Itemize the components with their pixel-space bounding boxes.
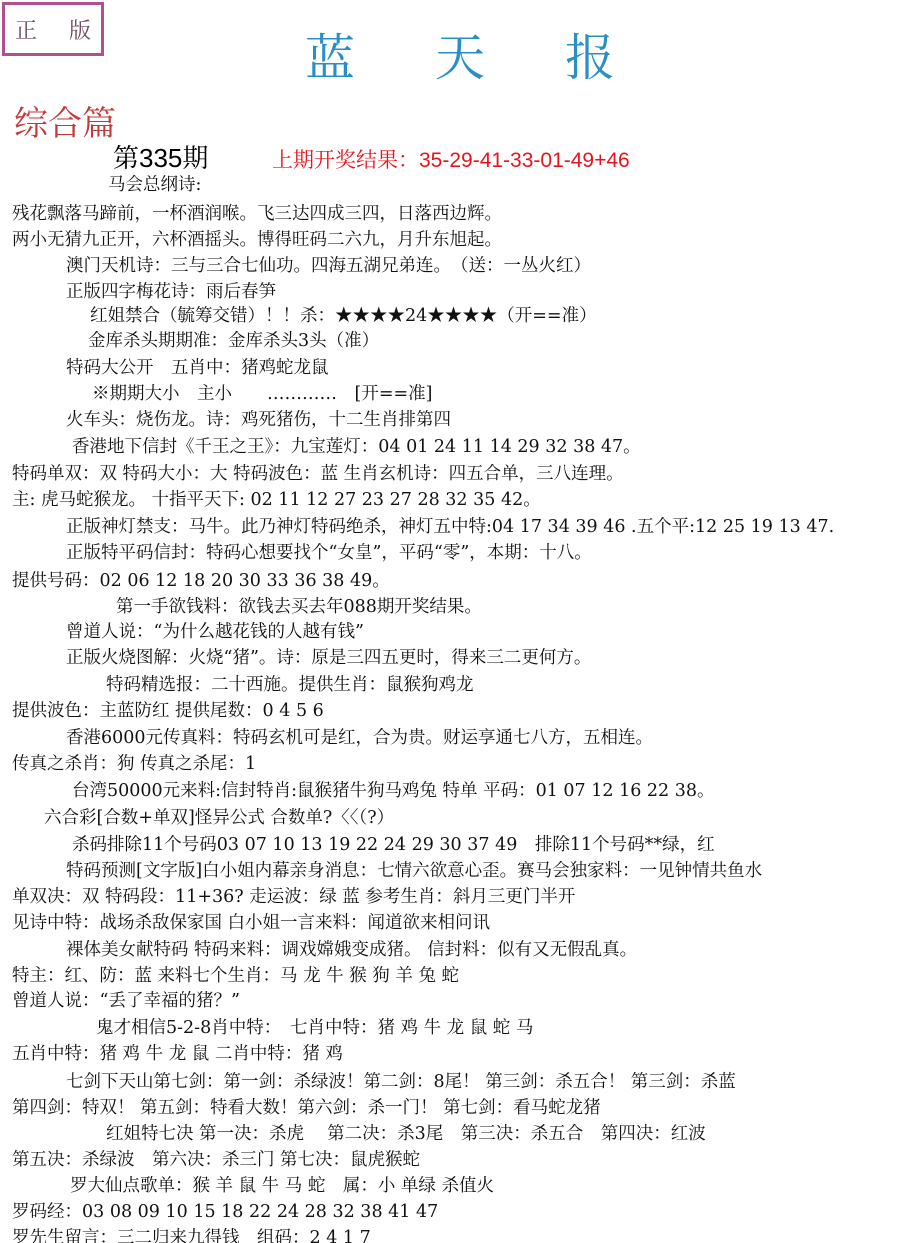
section-heading: 综合篇 — [14, 96, 116, 145]
text-line: 曾道人说：“丢了幸福的猪？” — [12, 991, 240, 1011]
text-line: 五肖中特：猪 鸡 牛 龙 鼠 二肖中特：猪 鸡 — [12, 1044, 343, 1064]
text-line: 红姐禁合（毓筹交错）！！杀：★★★★24★★★★（开==准） — [90, 306, 597, 326]
text-line: 主: 虎马蛇猴龙。 十指平天下: 02 11 12 27 23 27 28 32… — [12, 490, 541, 510]
text-line: 金库杀头期期准：金库杀头3头（准） — [88, 331, 379, 351]
text-line: 见诗中特：战场杀敌保家国 白小姐一言来料：闻道欲来相问讯 — [12, 913, 490, 933]
title-char-2: 天 — [435, 18, 485, 90]
text-line: 正版特平码信封：特码心想要找个“女皇”，平码“零”，本期：十八。 — [66, 543, 592, 563]
text-line: 鬼才相信5-2-8肖中特： 七肖中特：猪 鸡 牛 龙 鼠 蛇 马 — [96, 1018, 533, 1038]
issue-number: 第335期 — [113, 138, 208, 175]
text-line: 单双决：双 特码段：11+36? 走运波：绿 蓝 参考生肖：斜月三更门半开 — [12, 887, 575, 907]
text-line: 罗先生留言：三二归来九得钱 组码：2 4 1 7 — [12, 1228, 371, 1243]
text-line: 香港6000元传真料：特码玄机可是红，合为贵。财运享通七八方，五相连。 — [66, 728, 653, 748]
text-line: 正版四字梅花诗：雨后春笋 — [66, 282, 276, 302]
text-line: 马会总纲诗: — [108, 175, 201, 195]
text-line: 罗码经：03 08 09 10 15 18 22 24 28 32 38 41 … — [12, 1202, 438, 1222]
text-line: 火车头：烧伤龙。诗：鸡死猪伤，十二生肖排第四 — [66, 410, 451, 430]
text-line: 残花飘落马蹄前，一杯酒润喉。飞三达四成三四，日落西边辉。 — [12, 204, 502, 224]
title-char-3: 报 — [565, 18, 615, 90]
text-line: 特主：红、防：蓝 来料七个生肖：马 龙 牛 猴 狗 羊 兔 蛇 — [12, 966, 459, 986]
text-line: ※期期大小 主小 ………… [开==准] — [92, 384, 432, 404]
text-line: 澳门天机诗：三与三合七仙功。四海五湖兄弟连。 （送：一丛火红） — [66, 256, 591, 276]
text-line: 特码精选报：二十西施。提供生肖：鼠猴狗鸡龙 — [106, 675, 474, 695]
text-line: 正版火烧图解：火烧“猪”。诗：原是三四五更时，得来三二更何方。 — [66, 648, 591, 668]
text-line: 提供波色：主蓝防红 提供尾数：0 4 5 6 — [12, 701, 324, 721]
text-line: 传真之杀肖：狗 传真之杀尾：1 — [12, 754, 256, 774]
page-title: 蓝 天 报 — [305, 18, 615, 90]
text-line: 提供号码：02 06 12 18 20 30 33 36 38 49。 — [12, 571, 390, 591]
text-line: 特码大公开 五肖中：猪鸡蛇龙鼠 — [66, 358, 329, 378]
text-line: 台湾50000元来料:信封特肖:鼠猴猪牛狗马鸡兔 特单 平码：01 07 12 … — [72, 781, 715, 801]
title-char-1: 蓝 — [305, 18, 355, 90]
text-line: 香港地下信封《千王之王》：九宝莲灯：04 01 24 11 14 29 32 3… — [72, 437, 641, 457]
text-line: 六合彩[合数+单双]怪异公式 合数单?〈〈（?） — [44, 808, 394, 828]
last-draw-result: 上期开奖结果：35-29-41-33-01-49+46 — [272, 144, 630, 174]
badge-char-2: 版 — [69, 14, 91, 45]
text-line: 杀码排除11个号码03 07 10 13 19 22 24 29 30 37 4… — [72, 835, 715, 855]
text-line: 罗大仙点歌单：猴 羊 鼠 牛 马 蛇 属：小 单绿 杀值火 — [70, 1176, 494, 1196]
authentic-badge: 正 版 — [2, 2, 104, 56]
badge-char-1: 正 — [15, 14, 37, 45]
text-line: 红姐特七决 第一决：杀虎 第二决：杀3尾 第三决：杀五合 第四决：红波 — [106, 1124, 706, 1144]
text-line: 第四剑：特双！ 第五剑：特看大数！第六剑：杀一门！ 第七剑：看马蛇龙猪 — [12, 1098, 601, 1118]
text-line: 第一手欲钱料：欲钱去买去年088期开奖结果。 — [116, 597, 482, 617]
text-line: 第五决：杀绿波 第六决：杀三门 第七决：鼠虎猴蛇 — [12, 1150, 420, 1170]
text-line: 七剑下天山第七剑：第一剑：杀绿波！第二剑：8尾！ 第三剑：杀五合！ 第三剑：杀蓝 — [66, 1072, 736, 1092]
text-line: 正版神灯禁支：马牛。此乃神灯特码绝杀，神灯五中特:04 17 34 39 46 … — [66, 517, 834, 537]
text-line: 特码单双：双 特码大小：大 特码波色：蓝 生肖玄机诗：四五合单，三八连理。 — [12, 464, 624, 484]
text-line: 裸体美女献特码 特码来料：调戏嫦娥变成猪。 信封料：似有又无假乱真。 — [66, 940, 637, 960]
text-line: 特码预测[文字版]白小姐内幕亲身消息：七情六欲意心歪。赛马会独家料：一见钟情共鱼… — [66, 861, 762, 881]
text-line: 两小无猜九正开，六杯酒摇头。博得旺码二六九，月升东旭起。 — [12, 230, 502, 250]
text-line: 曾道人说：“为什么越花钱的人越有钱” — [66, 622, 364, 642]
